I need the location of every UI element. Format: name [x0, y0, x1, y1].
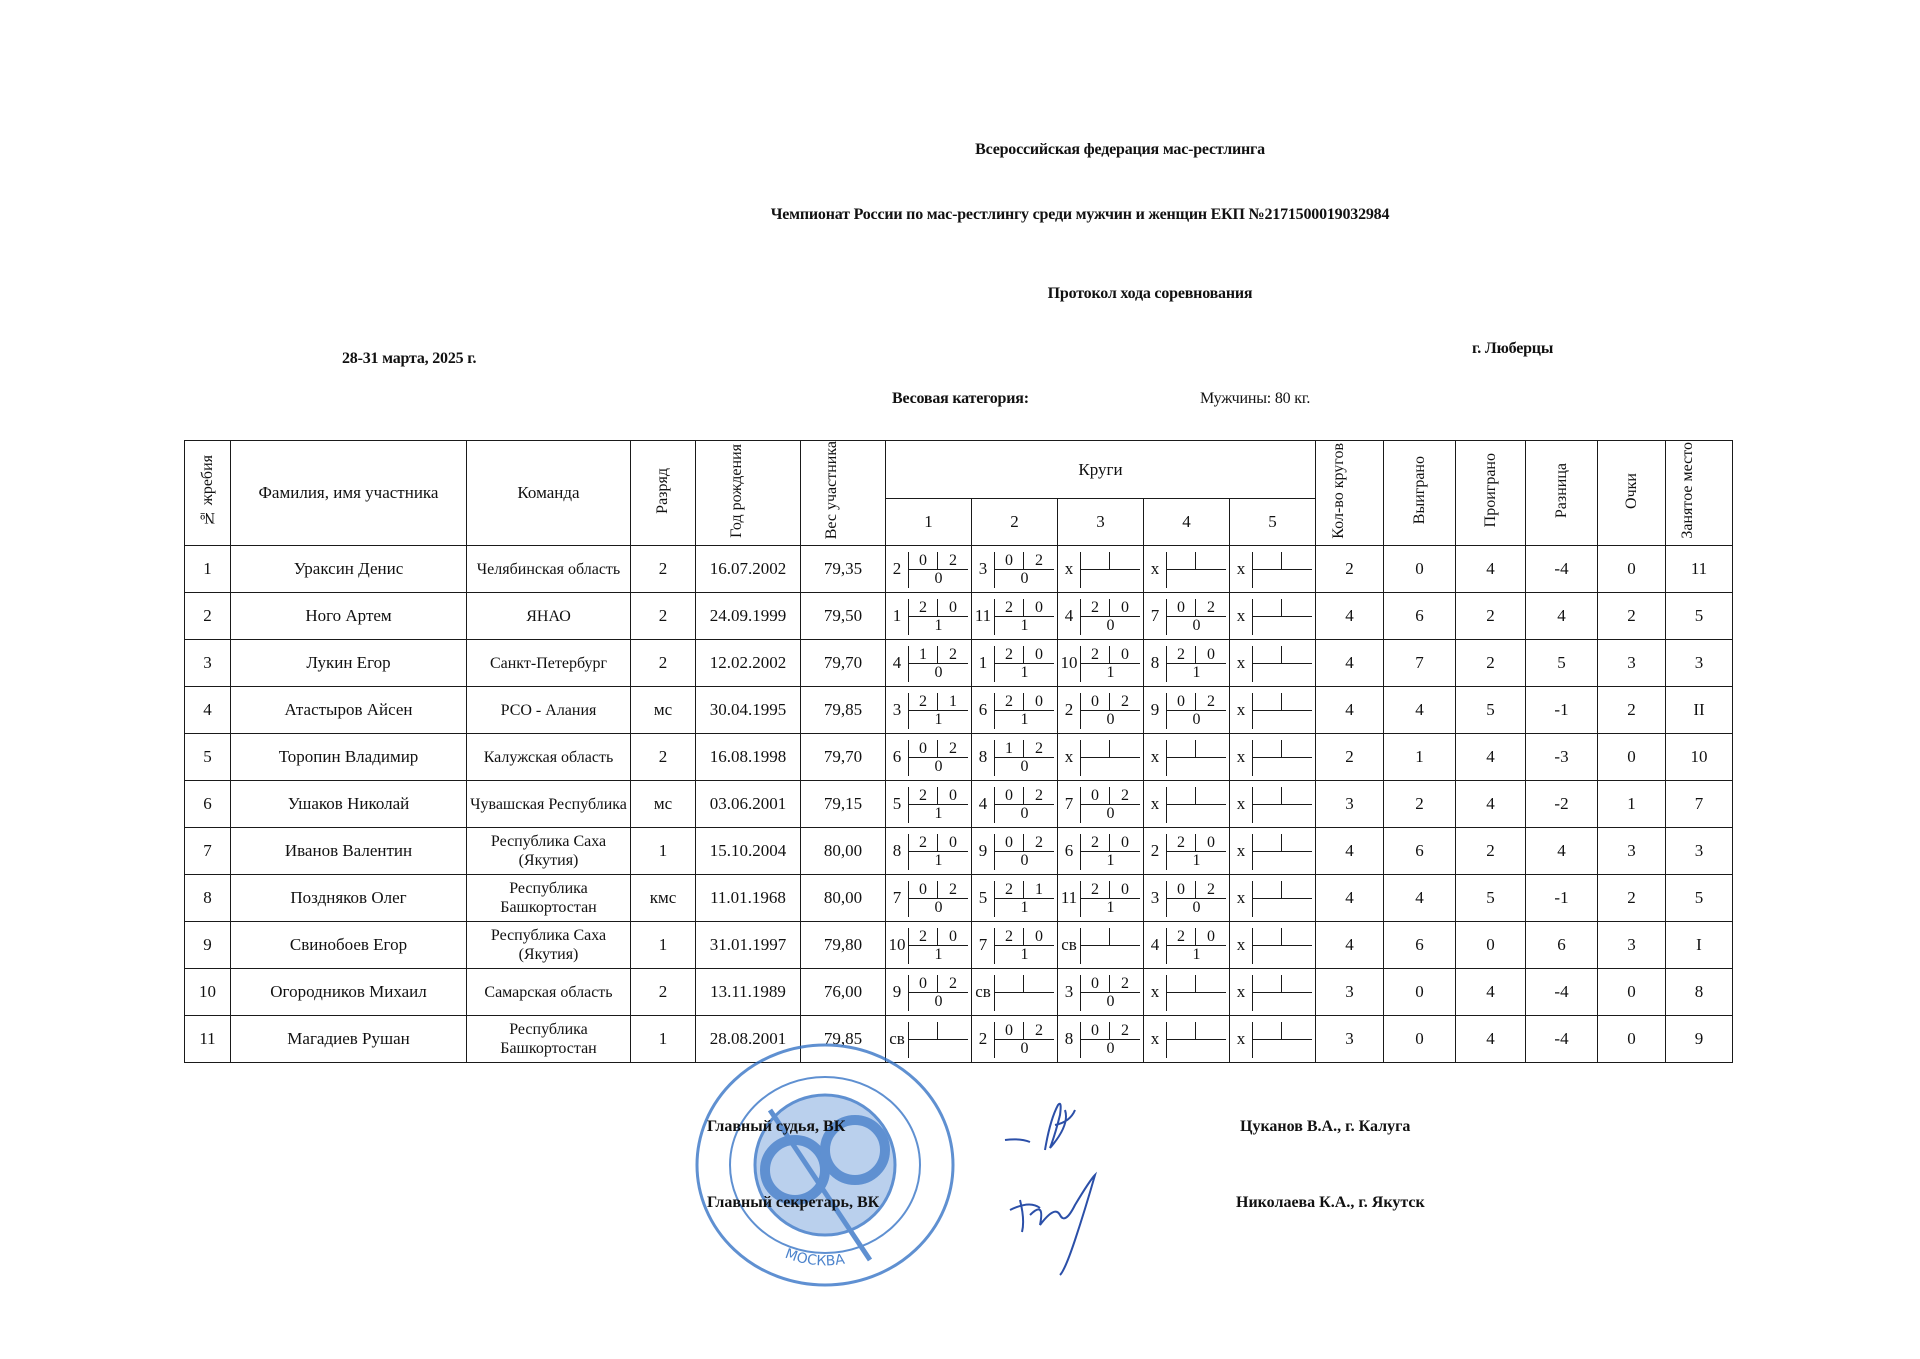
round-score-b: 0: [1024, 928, 1054, 946]
participant-rank: 1: [631, 828, 696, 875]
round-opponent: 2: [886, 546, 909, 593]
round-opponent: x: [1144, 781, 1167, 828]
round-opponent: 1: [972, 640, 995, 687]
points: 2: [1598, 593, 1666, 640]
round-score-c: [1252, 664, 1312, 682]
round-score-a: [1252, 787, 1282, 805]
round-score-c: [1166, 758, 1226, 776]
round-score-a: [1252, 740, 1282, 758]
round-score-b: [1024, 975, 1054, 993]
participant-birthdate: 30.04.1995: [696, 687, 801, 734]
round-result: 201: [994, 922, 1058, 969]
round-score-c: 1: [908, 946, 968, 964]
round-score-c: 0: [1080, 617, 1140, 635]
round-score-a: 2: [908, 928, 938, 946]
round-opponent: 11: [972, 593, 995, 640]
round-score-a: 2: [908, 834, 938, 852]
participant-team: Республика Саха (Якутия): [467, 922, 631, 969]
participant-birthdate: 31.01.1997: [696, 922, 801, 969]
round-score-b: 1: [1024, 881, 1054, 899]
chief-judge-name: Цуканов В.А., г. Калуга: [1240, 1118, 1410, 1136]
round-score-a: 2: [1080, 599, 1110, 617]
round-opponent: 8: [972, 734, 995, 781]
round-result: 201: [908, 781, 972, 828]
round-opponent: x: [1230, 781, 1253, 828]
round-score-b: 0: [1110, 881, 1140, 899]
participant-rank: мс: [631, 781, 696, 828]
table-row: 7Иванов ВалентинРеспублика Саха (Якутия)…: [185, 828, 1733, 875]
participant-team: Республика Башкортостан: [467, 1016, 631, 1063]
round-score-a: 0: [908, 881, 938, 899]
federation-stamp: МОСКВА: [690, 1040, 960, 1290]
participant-name: Иванов Валентин: [231, 828, 467, 875]
draw-number: 10: [185, 969, 231, 1016]
round-opponent: 2: [1058, 687, 1081, 734]
lost-count: 5: [1456, 687, 1526, 734]
round-score-b: [1282, 740, 1312, 758]
points: 3: [1598, 828, 1666, 875]
round-opponent: 5: [972, 875, 995, 922]
difference: -4: [1526, 546, 1598, 593]
round-result: [1252, 969, 1316, 1016]
round-score-b: 0: [938, 928, 968, 946]
lost-count: 4: [1456, 969, 1526, 1016]
participant-birthdate: 11.01.1968: [696, 875, 801, 922]
table-row: 2Ного АртемЯНАО224.09.199979,50120111201…: [185, 593, 1733, 640]
round-result: 020: [908, 734, 972, 781]
round-score-a: 2: [1166, 928, 1196, 946]
round-score-c: 0: [994, 852, 1054, 870]
table-row: 1Ураксин ДенисЧелябинская область216.07.…: [185, 546, 1733, 593]
draw-number: 2: [185, 593, 231, 640]
won-count: 4: [1384, 875, 1456, 922]
secretary-signature: [1000, 1170, 1120, 1280]
won-count: 6: [1384, 828, 1456, 875]
round-score-c: 1: [908, 617, 968, 635]
round-opponent: 7: [1144, 593, 1167, 640]
round-score-c: 0: [908, 758, 968, 776]
round-score-a: [1252, 693, 1282, 711]
round-result: 020: [994, 546, 1058, 593]
round-score-a: [1080, 928, 1110, 946]
round-opponent: 3: [1144, 875, 1167, 922]
round-opponent: 7: [886, 875, 909, 922]
round-opponent: 6: [972, 687, 995, 734]
round-score-a: [908, 1022, 938, 1040]
draw-number: 6: [185, 781, 231, 828]
round-score-b: 2: [1110, 975, 1140, 993]
won-count: 0: [1384, 1016, 1456, 1063]
round-score-b: 2: [1110, 693, 1140, 711]
round-result: [1252, 828, 1316, 875]
round-result: [1166, 1016, 1230, 1063]
round-opponent: x: [1230, 969, 1253, 1016]
round-result: 200: [1080, 593, 1144, 640]
round-score-c: 0: [1080, 805, 1140, 823]
round-score-a: [1252, 834, 1282, 852]
round-score-c: 1: [908, 711, 968, 729]
participant-name: Лукин Егор: [231, 640, 467, 687]
round-opponent: x: [1230, 828, 1253, 875]
round-score-a: [1252, 646, 1282, 664]
round-score-c: 0: [908, 664, 968, 682]
round-score-b: [1282, 1022, 1312, 1040]
round-score-a: 2: [994, 646, 1024, 664]
round-opponent: x: [1230, 1016, 1253, 1063]
col-rank: Разряд: [631, 441, 696, 546]
round-score-a: [1166, 552, 1196, 570]
round-score-b: 2: [1024, 834, 1054, 852]
round-opponent: 10: [1058, 640, 1081, 687]
round-score-a: 0: [908, 552, 938, 570]
round-score-c: 0: [994, 758, 1054, 776]
draw-number: 3: [185, 640, 231, 687]
participant-name: Торопин Владимир: [231, 734, 467, 781]
lost-count: 4: [1456, 546, 1526, 593]
round-result: [994, 969, 1058, 1016]
round-score-b: [1282, 881, 1312, 899]
round-opponent: 3: [886, 687, 909, 734]
round-result: 020: [908, 546, 972, 593]
round-opponent: 2: [1144, 828, 1167, 875]
participant-team: Калужская область: [467, 734, 631, 781]
round-score-b: [1196, 552, 1226, 570]
round-result: 201: [994, 640, 1058, 687]
round-result: [1252, 687, 1316, 734]
round-result: 020: [1166, 875, 1230, 922]
round-score-c: [1252, 758, 1312, 776]
round-opponent: x: [1230, 734, 1253, 781]
table-row: 3Лукин ЕгорСанкт-Петербург212.02.200279,…: [185, 640, 1733, 687]
championship-title: Чемпионат России по мас-рестлингу среди …: [120, 206, 1920, 224]
round-score-c: [1080, 758, 1140, 776]
round-result: 201: [1080, 828, 1144, 875]
draw-number: 11: [185, 1016, 231, 1063]
round-opponent: 4: [1144, 922, 1167, 969]
round-result: [1166, 781, 1230, 828]
round-score-b: 0: [1110, 646, 1140, 664]
round-result: 201: [1166, 828, 1230, 875]
participant-team: ЯНАО: [467, 593, 631, 640]
col-birth: Год рождения: [696, 441, 801, 546]
round-score-c: 1: [994, 617, 1054, 635]
round-opponent: x: [1230, 875, 1253, 922]
round-score-c: [1252, 570, 1312, 588]
place: 5: [1666, 593, 1733, 640]
place: II: [1666, 687, 1733, 734]
won-count: 6: [1384, 593, 1456, 640]
round-result: [1166, 546, 1230, 593]
won-count: 1: [1384, 734, 1456, 781]
round-score-a: [1166, 740, 1196, 758]
round-opponent: 3: [972, 546, 995, 593]
round-score-c: [1166, 570, 1226, 588]
round-score-c: 1: [1166, 852, 1226, 870]
place: I: [1666, 922, 1733, 969]
weight-category-label: Весовая категория:: [892, 390, 1029, 408]
round-score-c: [1166, 805, 1226, 823]
round-result: 201: [908, 922, 972, 969]
difference: 5: [1526, 640, 1598, 687]
round-score-c: [1252, 617, 1312, 635]
participant-rank: 2: [631, 546, 696, 593]
round-result: 120: [994, 734, 1058, 781]
round-score-b: 0: [1024, 646, 1054, 664]
participant-birthdate: 13.11.1989: [696, 969, 801, 1016]
participant-birthdate: 16.08.1998: [696, 734, 801, 781]
participant-weight: 79,35: [801, 546, 886, 593]
participant-rank: 1: [631, 922, 696, 969]
round-opponent: 5: [886, 781, 909, 828]
round-score-a: [1166, 1022, 1196, 1040]
chief-secretary-label: Главный секретарь, ВК: [707, 1194, 879, 1212]
round-opponent: x: [1230, 640, 1253, 687]
round-score-c: 1: [1080, 852, 1140, 870]
round-opponent: x: [1230, 593, 1253, 640]
difference: -3: [1526, 734, 1598, 781]
round-score-c: 0: [1166, 617, 1226, 635]
rounds-count: 3: [1316, 1016, 1384, 1063]
difference: 6: [1526, 922, 1598, 969]
round-result: [1252, 1016, 1316, 1063]
round-score-a: 0: [994, 552, 1024, 570]
col-rounds: Круги: [886, 441, 1316, 499]
round-score-a: 2: [908, 693, 938, 711]
round-opponent: 11: [1058, 875, 1081, 922]
place: 5: [1666, 875, 1733, 922]
participant-name: Ного Артем: [231, 593, 467, 640]
round-score-b: [1110, 928, 1140, 946]
round-score-b: [1110, 552, 1140, 570]
draw-number: 9: [185, 922, 231, 969]
round-result: [1252, 546, 1316, 593]
round-score-c: [994, 993, 1054, 1011]
points: 2: [1598, 875, 1666, 922]
protocol-table: № жребия Фамилия, имя участника Команда …: [184, 440, 1733, 1063]
participant-rank: 1: [631, 1016, 696, 1063]
round-score-b: 2: [1024, 740, 1054, 758]
round-score-c: 1: [994, 711, 1054, 729]
round-score-a: 0: [994, 1022, 1024, 1040]
round-result: 020: [1166, 593, 1230, 640]
participant-weight: 80,00: [801, 875, 886, 922]
round-score-b: 2: [1110, 787, 1140, 805]
round-score-a: [1252, 599, 1282, 617]
round-score-a: [994, 975, 1024, 993]
points: 3: [1598, 922, 1666, 969]
rounds-count: 3: [1316, 781, 1384, 828]
won-count: 0: [1384, 546, 1456, 593]
round-score-a: 2: [994, 693, 1024, 711]
participant-birthdate: 12.02.2002: [696, 640, 801, 687]
round-score-b: 0: [938, 834, 968, 852]
round-opponent: 8: [1144, 640, 1167, 687]
round-result: [1252, 781, 1316, 828]
round-score-b: [1282, 599, 1312, 617]
rounds-count: 4: [1316, 922, 1384, 969]
col-diff: Разница: [1526, 441, 1598, 546]
participant-rank: 2: [631, 734, 696, 781]
round-result: [1252, 875, 1316, 922]
participant-team: Самарская область: [467, 969, 631, 1016]
points: 3: [1598, 640, 1666, 687]
round-result: 201: [1166, 922, 1230, 969]
round-score-a: 2: [1080, 881, 1110, 899]
round-opponent: x: [1058, 546, 1081, 593]
place: 3: [1666, 828, 1733, 875]
place: 10: [1666, 734, 1733, 781]
round-score-b: [1282, 975, 1312, 993]
round-number-header: 2: [972, 499, 1058, 546]
round-result: [1166, 969, 1230, 1016]
round-score-c: [1252, 899, 1312, 917]
won-count: 0: [1384, 969, 1456, 1016]
round-result: 201: [1080, 640, 1144, 687]
round-result: 020: [1080, 781, 1144, 828]
round-score-b: 2: [1196, 693, 1226, 711]
round-score-c: 0: [994, 805, 1054, 823]
round-score-b: 0: [1196, 646, 1226, 664]
participant-team: Республика Башкортостан: [467, 875, 631, 922]
round-score-c: [1080, 946, 1140, 964]
round-result: [1252, 922, 1316, 969]
round-score-c: [1252, 1040, 1312, 1058]
round-score-b: 0: [1024, 599, 1054, 617]
table-row: 4Атастыров АйсенРСО - Аланиямс30.04.1995…: [185, 687, 1733, 734]
round-score-a: 0: [908, 740, 938, 758]
points: 0: [1598, 1016, 1666, 1063]
round-score-a: [1080, 552, 1110, 570]
round-opponent: 7: [1058, 781, 1081, 828]
round-opponent: 10: [886, 922, 909, 969]
round-score-c: 1: [1166, 946, 1226, 964]
table-row: 9Свинобоев ЕгорРеспублика Саха (Якутия)1…: [185, 922, 1733, 969]
round-score-b: [938, 1022, 968, 1040]
difference: -2: [1526, 781, 1598, 828]
round-score-b: [1282, 693, 1312, 711]
rounds-count: 4: [1316, 593, 1384, 640]
round-score-b: [1282, 646, 1312, 664]
round-score-c: 0: [1080, 993, 1140, 1011]
participant-weight: 79,80: [801, 922, 886, 969]
round-score-a: 0: [1166, 881, 1196, 899]
place: 7: [1666, 781, 1733, 828]
round-result: 211: [908, 687, 972, 734]
round-result: 020: [908, 969, 972, 1016]
round-score-c: 0: [1166, 899, 1226, 917]
participant-team: РСО - Алания: [467, 687, 631, 734]
round-score-b: 2: [938, 646, 968, 664]
round-opponent: св: [972, 969, 995, 1016]
round-score-a: [1252, 928, 1282, 946]
round-score-a: [1252, 1022, 1282, 1040]
round-result: 201: [908, 593, 972, 640]
won-count: 4: [1384, 687, 1456, 734]
round-score-c: 0: [1166, 711, 1226, 729]
round-result: 020: [1080, 687, 1144, 734]
round-score-a: 2: [1166, 646, 1196, 664]
round-score-c: [1252, 946, 1312, 964]
participant-rank: 2: [631, 969, 696, 1016]
round-score-a: 0: [1080, 787, 1110, 805]
round-score-b: 2: [1196, 881, 1226, 899]
round-score-a: 2: [994, 881, 1024, 899]
round-score-c: 1: [1080, 899, 1140, 917]
participant-name: Огородников Михаил: [231, 969, 467, 1016]
weight-category-value: Мужчины: 80 кг.: [1200, 390, 1310, 408]
round-score-a: 0: [1080, 1022, 1110, 1040]
round-score-b: 1: [938, 693, 968, 711]
round-opponent: 9: [1144, 687, 1167, 734]
participant-rank: 2: [631, 593, 696, 640]
participant-birthdate: 15.10.2004: [696, 828, 801, 875]
round-opponent: x: [1144, 969, 1167, 1016]
round-score-a: 0: [1080, 975, 1110, 993]
round-score-c: [1252, 711, 1312, 729]
round-score-a: 2: [1080, 646, 1110, 664]
federation-title: Всероссийская федерация мас-рестлинга: [160, 141, 1920, 159]
round-opponent: x: [1230, 687, 1253, 734]
round-score-b: 2: [938, 881, 968, 899]
round-result: [1080, 546, 1144, 593]
round-score-b: 0: [938, 787, 968, 805]
participant-weight: 79,70: [801, 734, 886, 781]
lost-count: 5: [1456, 875, 1526, 922]
round-score-c: 1: [1080, 664, 1140, 682]
round-score-c: [1252, 852, 1312, 870]
round-score-c: 0: [908, 993, 968, 1011]
won-count: 2: [1384, 781, 1456, 828]
round-score-c: 0: [908, 570, 968, 588]
participant-name: Свинобоев Егор: [231, 922, 467, 969]
won-count: 6: [1384, 922, 1456, 969]
round-score-b: 2: [938, 552, 968, 570]
protocol-title: Протокол хода соревнования: [190, 285, 1920, 303]
round-score-c: 1: [994, 946, 1054, 964]
draw-number: 5: [185, 734, 231, 781]
difference: 4: [1526, 593, 1598, 640]
round-score-a: 2: [994, 599, 1024, 617]
won-count: 7: [1384, 640, 1456, 687]
round-result: 020: [1080, 1016, 1144, 1063]
round-opponent: x: [1144, 734, 1167, 781]
round-result: [1166, 734, 1230, 781]
round-score-a: 0: [1166, 693, 1196, 711]
round-score-c: 0: [908, 899, 968, 917]
round-opponent: 6: [1058, 828, 1081, 875]
round-number-header: 4: [1144, 499, 1230, 546]
round-score-b: [1196, 975, 1226, 993]
competition-dates: 28-31 марта, 2025 г.: [342, 350, 476, 368]
round-opponent: x: [1058, 734, 1081, 781]
participant-team: Санкт-Петербург: [467, 640, 631, 687]
round-score-a: 1: [994, 740, 1024, 758]
table-row: 5Торопин ВладимирКалужская область216.08…: [185, 734, 1733, 781]
participant-weight: 79,70: [801, 640, 886, 687]
participant-team: Чувашская Республика: [467, 781, 631, 828]
participant-team: Республика Саха (Якутия): [467, 828, 631, 875]
round-score-b: 0: [1024, 693, 1054, 711]
difference: 4: [1526, 828, 1598, 875]
round-score-b: [1196, 740, 1226, 758]
round-score-c: 0: [1080, 711, 1140, 729]
round-result: [1080, 922, 1144, 969]
round-opponent: 4: [886, 640, 909, 687]
col-points: Очки: [1598, 441, 1666, 546]
round-number-header: 3: [1058, 499, 1144, 546]
participant-team: Челябинская область: [467, 546, 631, 593]
lost-count: 2: [1456, 640, 1526, 687]
